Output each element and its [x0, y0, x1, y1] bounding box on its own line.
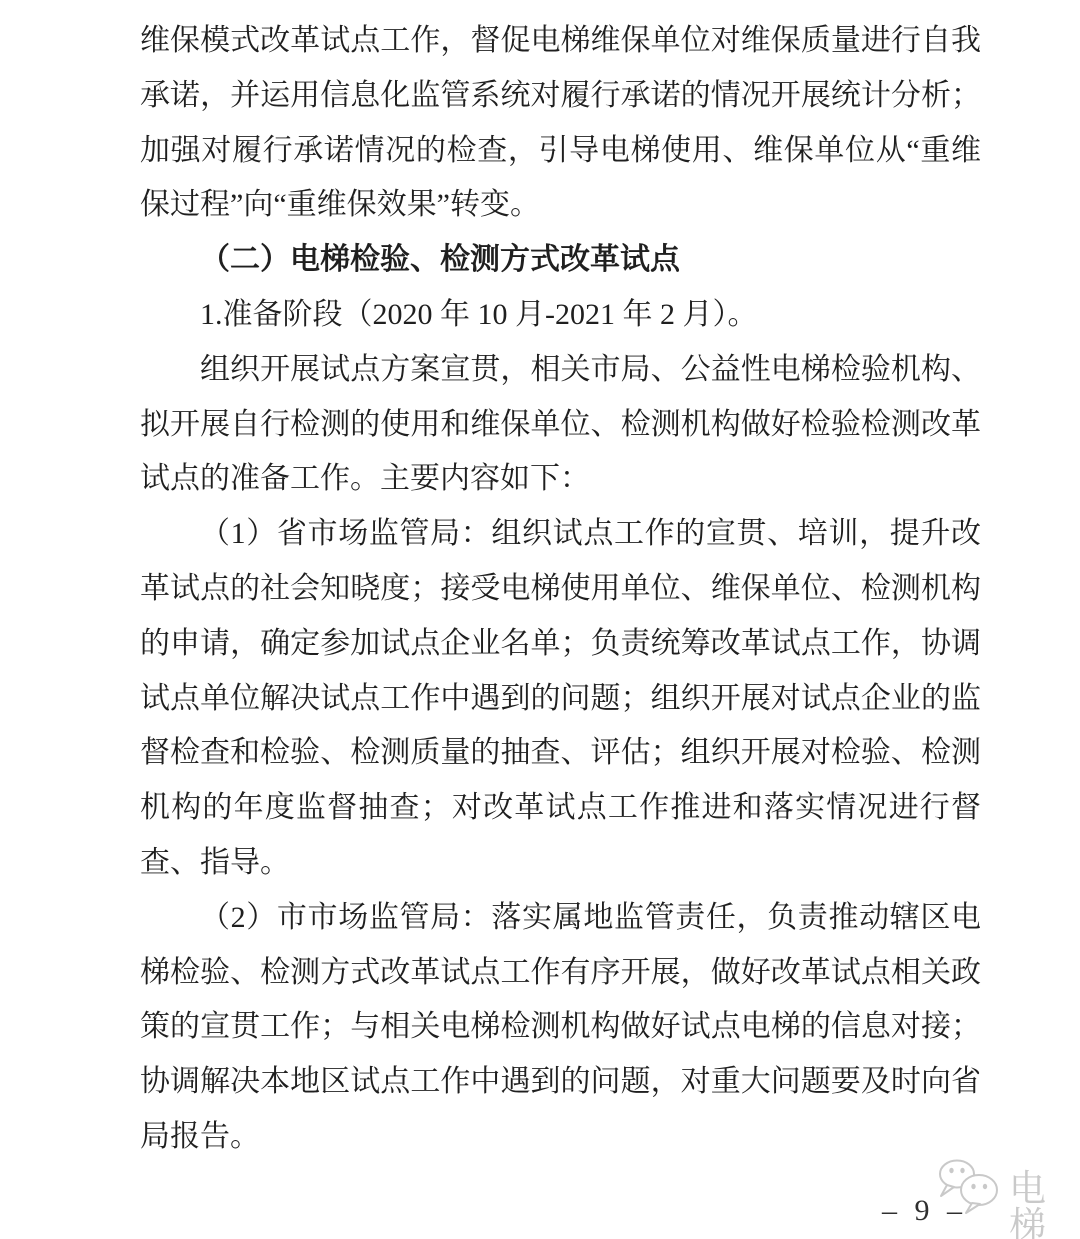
text-line: 拟开展自行检测的使用和维保单位、检测机构做好检验检测改革: [140, 398, 981, 453]
text-line: （2）市市场监管局：落实属地监管责任，负责推动辖区电: [140, 891, 981, 946]
text-line: 协调解决本地区试点工作中遇到的问题，对重大问题要及时向省: [140, 1055, 981, 1110]
text-line: 组织开展试点方案宣贯，相关市局、公益性电梯检验机构、: [140, 343, 981, 398]
text-line: 保过程”向“重维保效果”转变。: [140, 178, 981, 233]
document-body: 维保模式改革试点工作，督促电梯维保单位对维保质量进行自我 承诺，并运用信息化监管…: [140, 14, 981, 1165]
text-line: （1）省市场监管局：组织试点工作的宣贯、培训，提升改: [140, 507, 981, 562]
text-line: 承诺，并运用信息化监管系统对履行承诺的情况开展统计分析；: [140, 69, 981, 124]
text-line: 策的宣贯工作；与相关电梯检测机构做好试点电梯的信息对接；: [140, 1000, 981, 1055]
text-line: 查、指导。: [140, 836, 981, 891]
text-line: 机构的年度监督抽查；对改革试点工作推进和落实情况进行督: [140, 781, 981, 836]
subsection-heading: 1.准备阶段（2020 年 10 月-2021 年 2 月）。: [140, 288, 981, 343]
text-line: 督检查和检验、检测质量的抽查、评估；组织开展对检验、检测: [140, 726, 981, 781]
text-line: 试点的准备工作。主要内容如下：: [140, 452, 981, 507]
text-line: 的申请，确定参加试点企业名单；负责统筹改革试点工作，协调: [140, 617, 981, 672]
section-heading: （二）电梯检验、检测方式改革试点: [140, 233, 981, 288]
document-page: 维保模式改革试点工作，督促电梯维保单位对维保质量进行自我 承诺，并运用信息化监管…: [0, 0, 1080, 1239]
text-line: 局报告。: [140, 1110, 981, 1165]
text-line: 维保模式改革试点工作，督促电梯维保单位对维保质量进行自我: [140, 14, 981, 69]
page-number: – 9 –: [882, 1193, 967, 1229]
text-line: 革试点的社会知晓度；接受电梯使用单位、维保单位、检测机构: [140, 562, 981, 617]
text-line: 梯检验、检测方式改革试点工作有序开展，做好改革试点相关政: [140, 946, 981, 1001]
text-line: 加强对履行承诺情况的检查，引导电梯使用、维保单位从“重维: [140, 124, 981, 179]
text-line: 试点单位解决试点工作中遇到的问题；组织开展对试点企业的监: [140, 672, 981, 727]
watermark-label: 电梯: [1009, 1170, 1080, 1239]
